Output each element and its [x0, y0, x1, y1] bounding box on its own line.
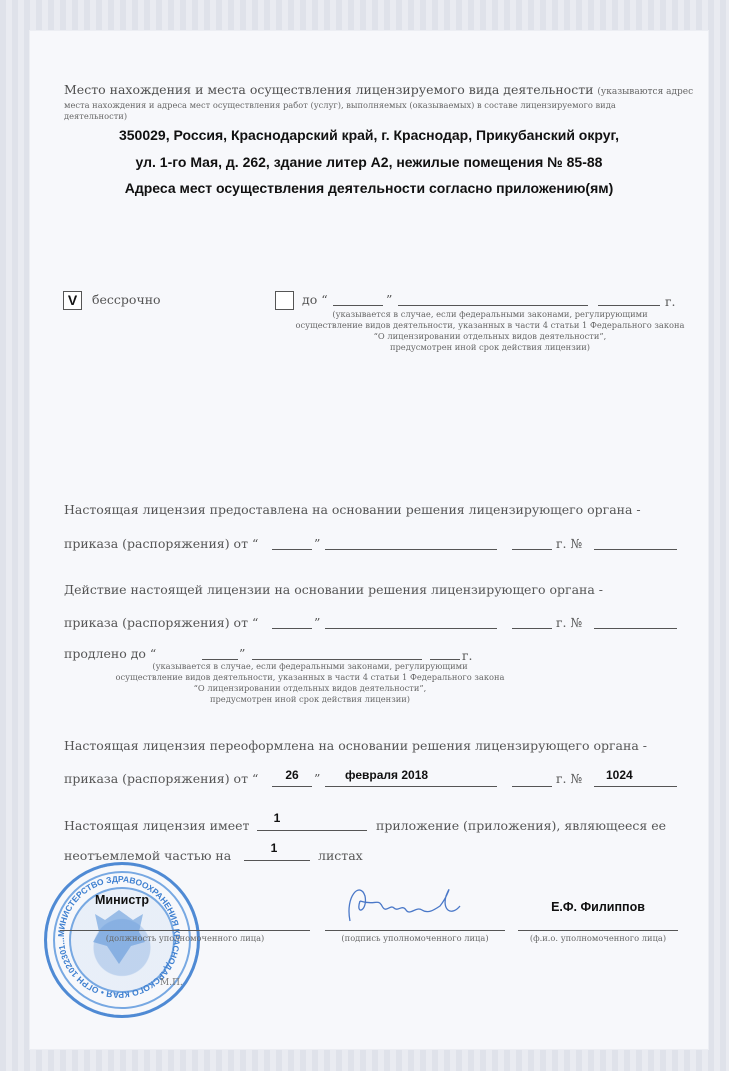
granted-text: Настоящая лицензия предоставлена на осно…: [64, 502, 641, 517]
signatory-name-value: Е.Ф. Филиппов: [518, 900, 678, 914]
appendix-line2-after: листах: [318, 848, 363, 863]
extended-number-field[interactable]: [594, 628, 677, 629]
reissued-number-value: 1024: [606, 768, 633, 782]
granted-month-field[interactable]: [325, 549, 497, 550]
position-value: Министр: [95, 893, 149, 907]
until-month-field[interactable]: [398, 305, 588, 306]
until-year-suffix: г.: [665, 294, 676, 309]
appendix-count-value: 1: [257, 811, 297, 825]
address-line-3: Адреса мест осуществления деятельности с…: [29, 180, 709, 196]
until-note-1: (указывается в случае, если федеральными…: [290, 309, 690, 319]
reissued-year-field[interactable]: [512, 786, 552, 787]
location-heading: Место нахождения и места осуществления л…: [64, 82, 693, 97]
reissued-day-field[interactable]: [272, 786, 312, 787]
until-day-field[interactable]: [333, 305, 383, 306]
extended-note-4: предусмотрен иной срок действия лицензии…: [110, 694, 510, 704]
reissued-month-year-value: февраля 2018: [345, 768, 428, 782]
position-field[interactable]: [60, 930, 310, 931]
appendix-text-before: Настоящая лицензия имеет: [64, 818, 249, 833]
extended-until-year-field[interactable]: [430, 659, 460, 660]
location-note-1: (указываются адрес: [597, 87, 693, 97]
extended-text: Действие настоящей лицензии на основании…: [64, 582, 603, 597]
signature-image: [330, 876, 480, 936]
extended-note-1: (указывается в случае, если федеральными…: [110, 661, 510, 671]
location-note-2: места нахождения и адреса мест осуществл…: [64, 100, 616, 110]
reissued-month-field[interactable]: [325, 786, 497, 787]
indefinite-label: бессрочно: [92, 292, 161, 307]
granted-number-field[interactable]: [594, 549, 677, 550]
extended-until-day-field[interactable]: [202, 659, 238, 660]
extended-until-prefix: продлено до “: [64, 646, 156, 661]
granted-year-field[interactable]: [512, 549, 552, 550]
granted-order-prefix: приказа (распоряжения) от “: [64, 536, 258, 551]
check-mark-icon: V: [68, 292, 77, 308]
appendix-sheets-field[interactable]: [244, 860, 310, 861]
extended-note-2: осуществление видов деятельности, указан…: [110, 672, 510, 682]
until-note-2: осуществление видов деятельности, указан…: [290, 320, 690, 330]
reissued-day-value: 26: [272, 768, 312, 782]
appendix-line2-before: неотъемлемой частью на: [64, 848, 231, 863]
appendix-sheets-value: 1: [244, 841, 304, 855]
appendix-count-field[interactable]: [257, 830, 367, 831]
reissued-order-prefix: приказа (распоряжения) от “: [64, 771, 258, 786]
position-caption: (должность уполномоченного лица): [60, 933, 310, 943]
signatory-name-field[interactable]: [518, 930, 678, 931]
address-line-2: ул. 1-го Мая, д. 262, здание литер А2, н…: [29, 154, 709, 170]
signatory-name-caption: (ф.и.о. уполномоченного лица): [518, 933, 678, 943]
until-quote: ”: [386, 292, 392, 307]
granted-quote: ”: [314, 536, 320, 551]
until-note-4: предусмотрен иной срок действия лицензии…: [290, 342, 690, 352]
location-note-3: деятельности): [64, 111, 127, 121]
location-heading-text: Место нахождения и места осуществления л…: [64, 82, 593, 97]
until-note-3: “О лицензировании отдельных видов деятел…: [290, 331, 690, 341]
extended-until-month-field[interactable]: [252, 659, 422, 660]
granted-day-field[interactable]: [272, 549, 312, 550]
signature-field[interactable]: [325, 930, 505, 931]
appendix-text-after: приложение (приложения), являющееся ее: [376, 818, 666, 833]
signature-caption: (подпись уполномоченного лица): [325, 933, 505, 943]
address-line-1: 350029, Россия, Краснодарский край, г. К…: [29, 127, 709, 143]
granted-year-suffix: г. №: [556, 536, 582, 551]
extended-month-field[interactable]: [325, 628, 497, 629]
extended-quote: ”: [314, 615, 320, 630]
indefinite-checkbox[interactable]: V: [63, 291, 82, 310]
reissued-year-suffix: г. №: [556, 771, 582, 786]
extended-note-3: “О лицензировании отдельных видов деятел…: [110, 683, 510, 693]
seal-label: М.П.: [160, 978, 183, 988]
extended-order-prefix: приказа (распоряжения) от “: [64, 615, 258, 630]
extended-year-suffix: г. №: [556, 615, 582, 630]
until-checkbox[interactable]: [275, 291, 294, 310]
reissued-quote: ”: [314, 771, 320, 786]
extended-until-quote: ”: [239, 646, 245, 661]
reissued-number-field[interactable]: [594, 786, 677, 787]
reissued-text: Настоящая лицензия переоформлена на осно…: [64, 738, 647, 753]
extended-year-field[interactable]: [512, 628, 552, 629]
extended-day-field[interactable]: [272, 628, 312, 629]
until-prefix: до “: [302, 292, 328, 307]
until-year-field[interactable]: [598, 305, 660, 306]
